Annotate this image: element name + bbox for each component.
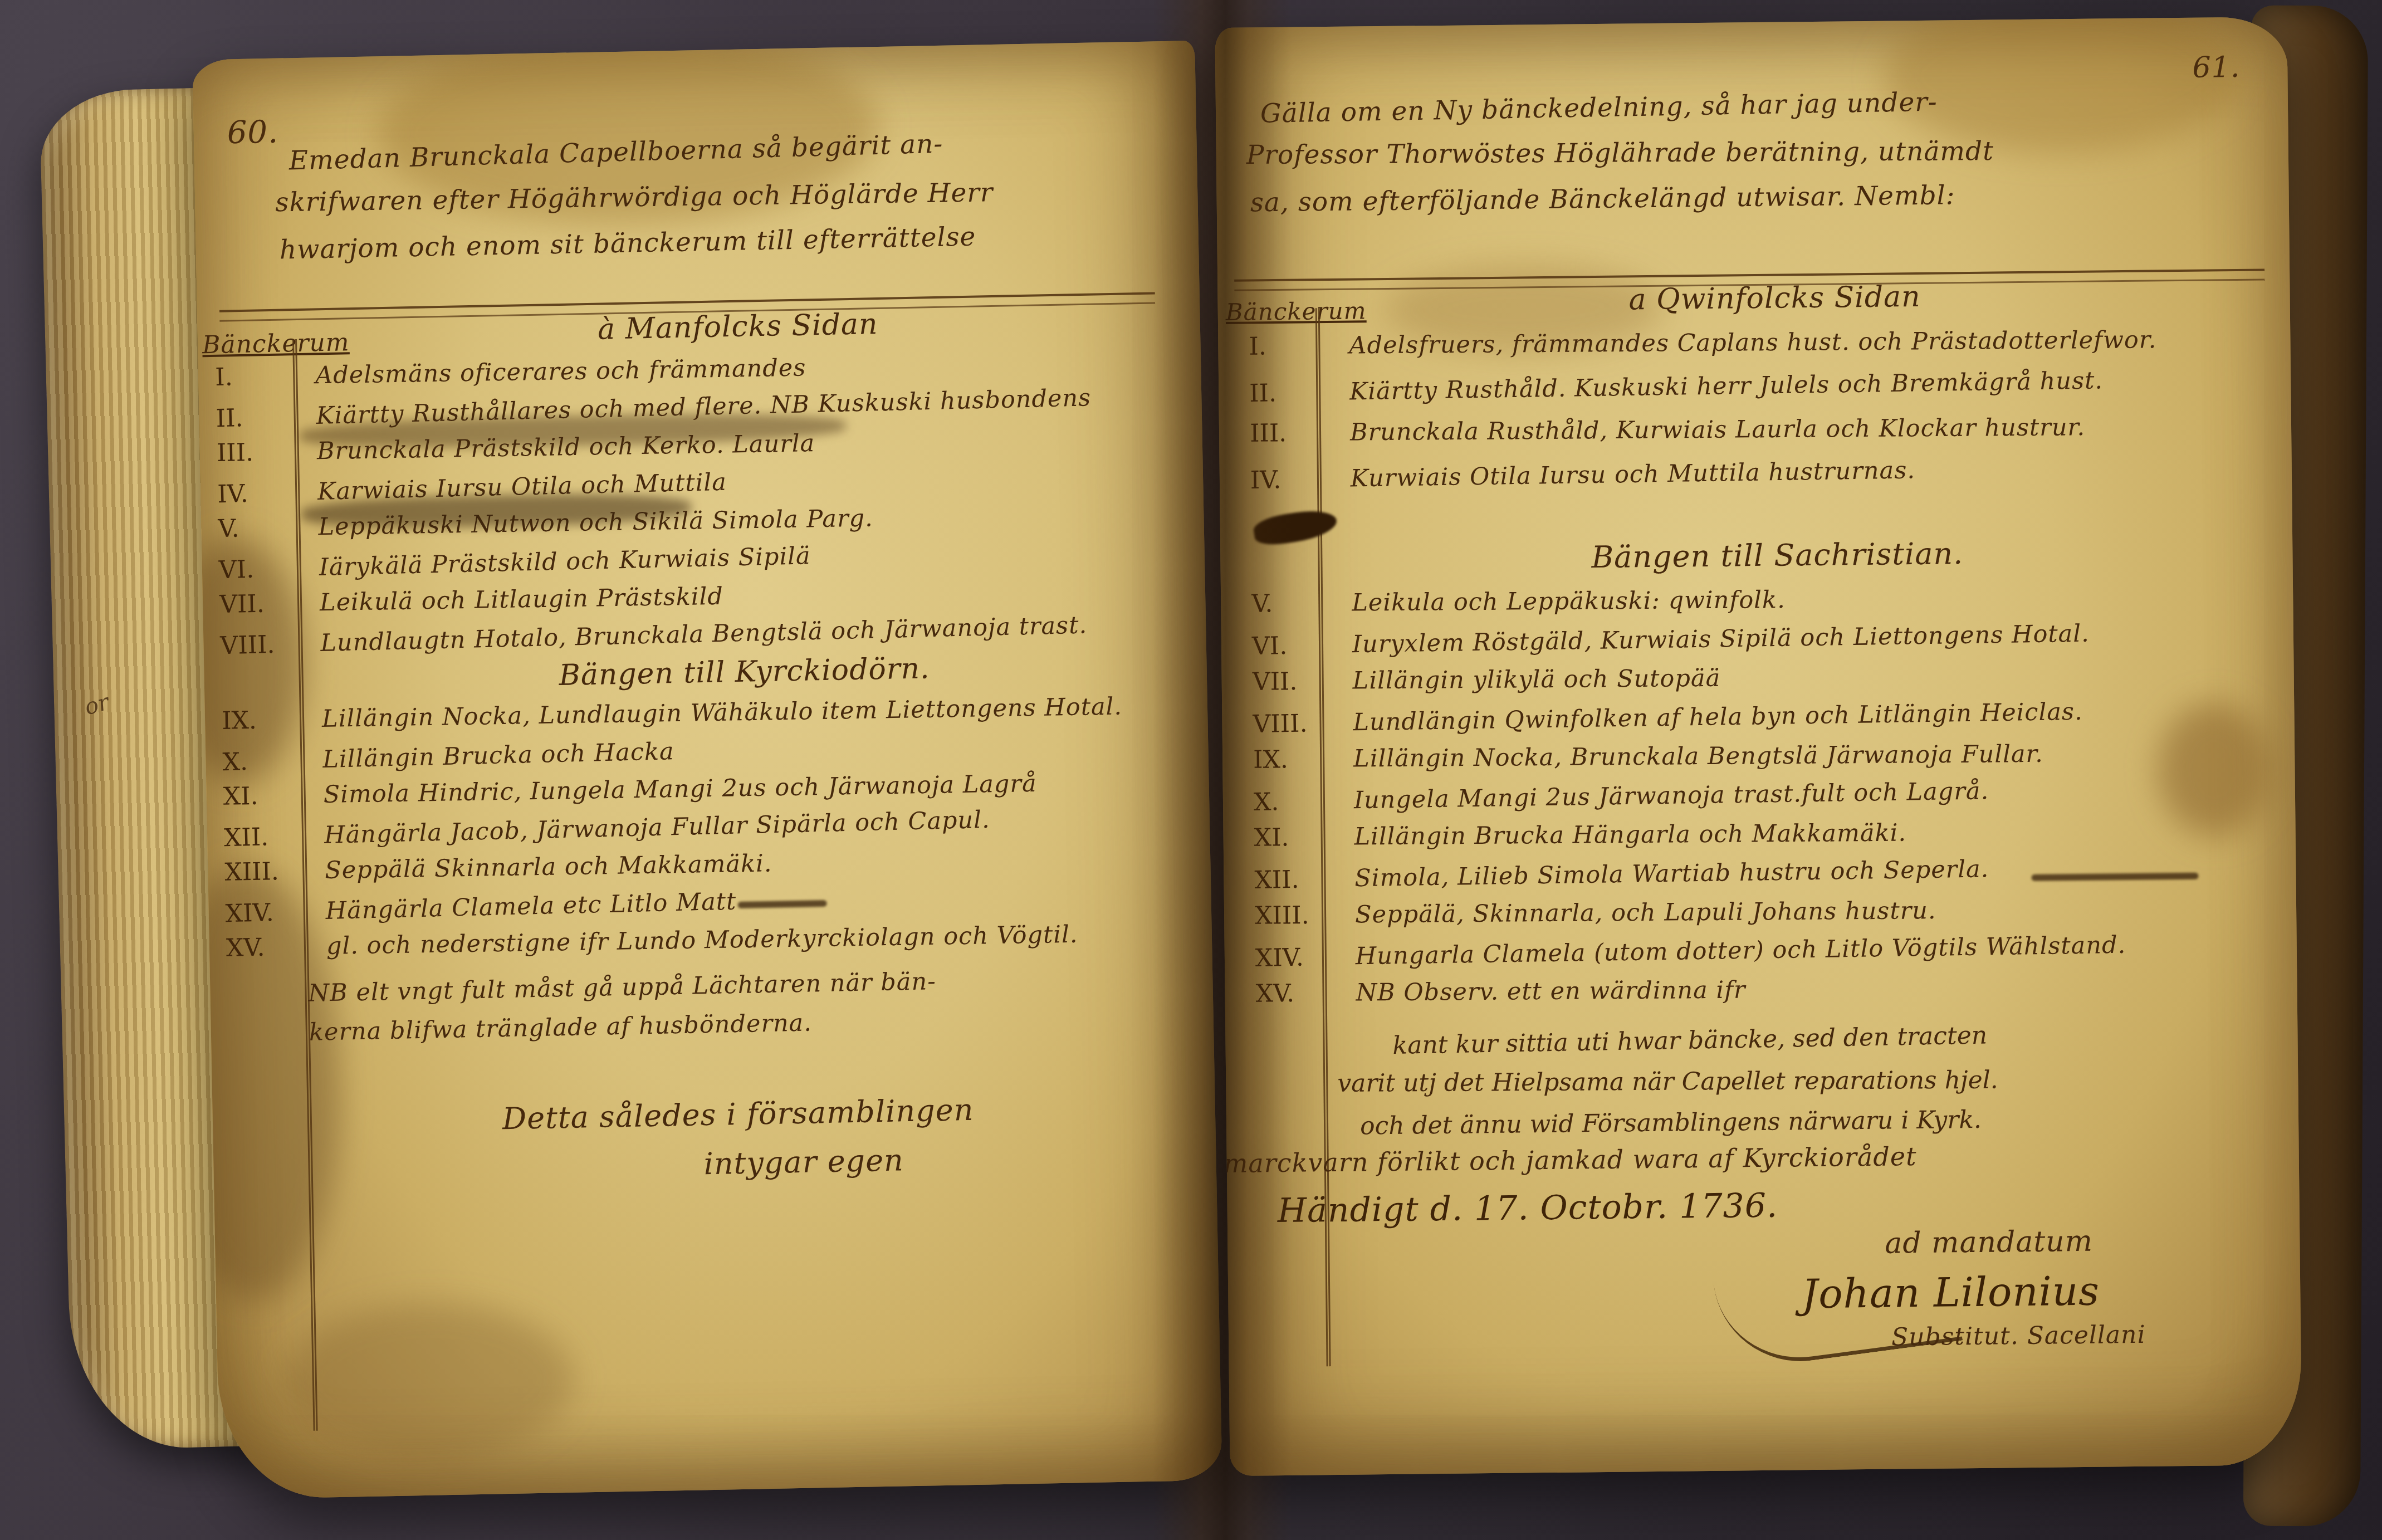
- row-numeral: XIII.: [224, 857, 296, 887]
- left-page: 60. Emedan Brunckala Capellboerna så beg…: [192, 41, 1222, 1499]
- row-text: Leikula och Leppäkuski: qwinfolk.: [1323, 586, 1786, 617]
- row-text: NB Observ. ett en wärdinna ifr: [1327, 976, 1745, 1007]
- row-numeral: V.: [218, 514, 290, 543]
- signature-name: Johan Lilonius: [1802, 1268, 2100, 1318]
- paper-stain: [283, 1301, 575, 1462]
- row-numeral: V.: [1251, 589, 1323, 618]
- continuation-block: kant kur sittia uti hwar bäncke, sed den…: [1359, 1016, 2021, 1147]
- register-rows-lower: IX. Lillängin Nocka, Lundlaugin Wähäkulo…: [222, 691, 1127, 974]
- row-numeral: II.: [216, 403, 287, 433]
- right-page: 61. Gälla om en Ny bänckedelning, så har…: [1215, 17, 2302, 1476]
- left-header: Emedan Brunckala Capellboerna så begärit…: [277, 123, 998, 273]
- register-rows-upper: I. Adelsfruers, främmandes Caplans hust.…: [1249, 324, 2158, 507]
- row-numeral: XI.: [1254, 823, 1325, 852]
- note-block: NB elt vngt fult måst gå uppå Lächtaren …: [308, 962, 937, 1052]
- date-line: Händigt d. 17. Octobr. 1736.: [1277, 1186, 1778, 1230]
- row-text: Lillängin ylikylä och Sutopää: [1324, 664, 1721, 695]
- row-numeral: IV.: [217, 478, 289, 509]
- manuscript-book-photo: or 60. Emedan Brunckala Capellboerna så …: [0, 0, 2382, 1540]
- row-numeral: VII.: [1253, 667, 1324, 696]
- row-text: Seppälä, Skinnarla, och Lapuli Johans hu…: [1326, 897, 1936, 929]
- row-numeral: XIV.: [225, 898, 297, 928]
- row-text: Lillängin Nocka, Brunckala Bengtslä Järw…: [1324, 740, 2043, 773]
- page-number-left: 60.: [227, 114, 278, 151]
- row-numeral: III.: [217, 438, 288, 467]
- section-heading: a Qwinfolcks Sidan: [1429, 278, 2120, 319]
- header-line: sa, som efterföljande Bänckelängd utwisa…: [1250, 172, 1998, 226]
- row-numeral: XII.: [1254, 865, 1326, 894]
- row-numeral: III.: [1250, 419, 1321, 448]
- closing-line: intygar egen: [703, 1142, 904, 1181]
- row-text: Adelsfruers, främmandes Caplans hust. oc…: [1320, 326, 2156, 359]
- row-text: Adelsmäns oficerares och främmandes: [286, 354, 806, 390]
- row-numeral: XV.: [1255, 979, 1327, 1008]
- row-numeral: XI.: [223, 781, 295, 811]
- row-numeral: VII.: [219, 589, 291, 619]
- strikethrough-mark: [2031, 873, 2198, 881]
- row-text: Brunckala Rusthåld, Kurwiais Laurla och …: [1321, 413, 2085, 447]
- row-numeral: VIII.: [1253, 709, 1324, 739]
- table-label: Bänckerum: [202, 328, 350, 359]
- continuation-line: kant kur sittia uti hwar bäncke, sed den…: [1392, 1014, 2053, 1067]
- edge-note: or: [82, 690, 112, 721]
- signature-ad-mandatum: ad mandatum: [1885, 1225, 2093, 1260]
- signature-title: Substitut. Sacellani: [1891, 1321, 2146, 1352]
- row-numeral: IX.: [222, 706, 294, 735]
- row-numeral: VI.: [1252, 631, 1324, 661]
- row-numeral: IV.: [1250, 465, 1322, 495]
- row-numeral: XV.: [226, 933, 298, 962]
- register-rows-lower: V. Leikula och Leppäkuski: qwinfolk. VI.…: [1251, 582, 2126, 1020]
- register-row: XV. NB Observ. ett en wärdinna ifr: [1255, 974, 2126, 1019]
- header-line: Professor Thorwöstes Höglährade berätnin…: [1246, 129, 1994, 178]
- row-text: Lillängin Nocka, Lundlaugin Wähäkulo ite…: [293, 693, 1123, 734]
- continuation-line: och det ännu wid Församblingens närwaru …: [1360, 1099, 2021, 1147]
- row-numeral: VI.: [218, 554, 290, 584]
- row-numeral: I.: [215, 362, 287, 392]
- table-label: Bänckerum: [1226, 297, 1367, 326]
- row-numeral: X.: [1254, 787, 1325, 817]
- row-numeral: XIV.: [1255, 943, 1327, 972]
- row-numeral: IX.: [1253, 745, 1324, 774]
- register-rows-upper: I. Adelsmäns oficerares och främmandes I…: [215, 348, 1096, 668]
- row-numeral: XII.: [224, 822, 296, 852]
- header-line: Gälla om en Ny bänckedelning, så har jag…: [1260, 78, 2008, 136]
- row-numeral: II.: [1249, 378, 1321, 408]
- row-numeral: X.: [222, 746, 294, 776]
- row-numeral: VIII.: [220, 630, 292, 660]
- row-numeral: I.: [1249, 332, 1320, 361]
- row-text: Lillängin Brucka Hängarla och Makkamäki.: [1325, 819, 1907, 851]
- right-header: Gälla om en Ny bänckedelning, så har jag…: [1249, 81, 1998, 226]
- row-text: Lillängin Brucka och Hacka: [294, 737, 674, 774]
- page-number-right: 61.: [2192, 51, 2240, 85]
- ink-blot: [1252, 507, 1339, 548]
- row-numeral: XIII.: [1255, 901, 1326, 930]
- row-text: Kurwiais Otila Iursu och Muttila hustrur…: [1322, 456, 1916, 493]
- continuation-line: varit utj det Hielpsama när Capellet rep…: [1337, 1060, 1998, 1104]
- mid-heading: Bängen till Sachristian.: [1432, 534, 2123, 576]
- closing-line: Detta således i församblingen: [502, 1092, 974, 1136]
- paper-stain: [2158, 702, 2271, 837]
